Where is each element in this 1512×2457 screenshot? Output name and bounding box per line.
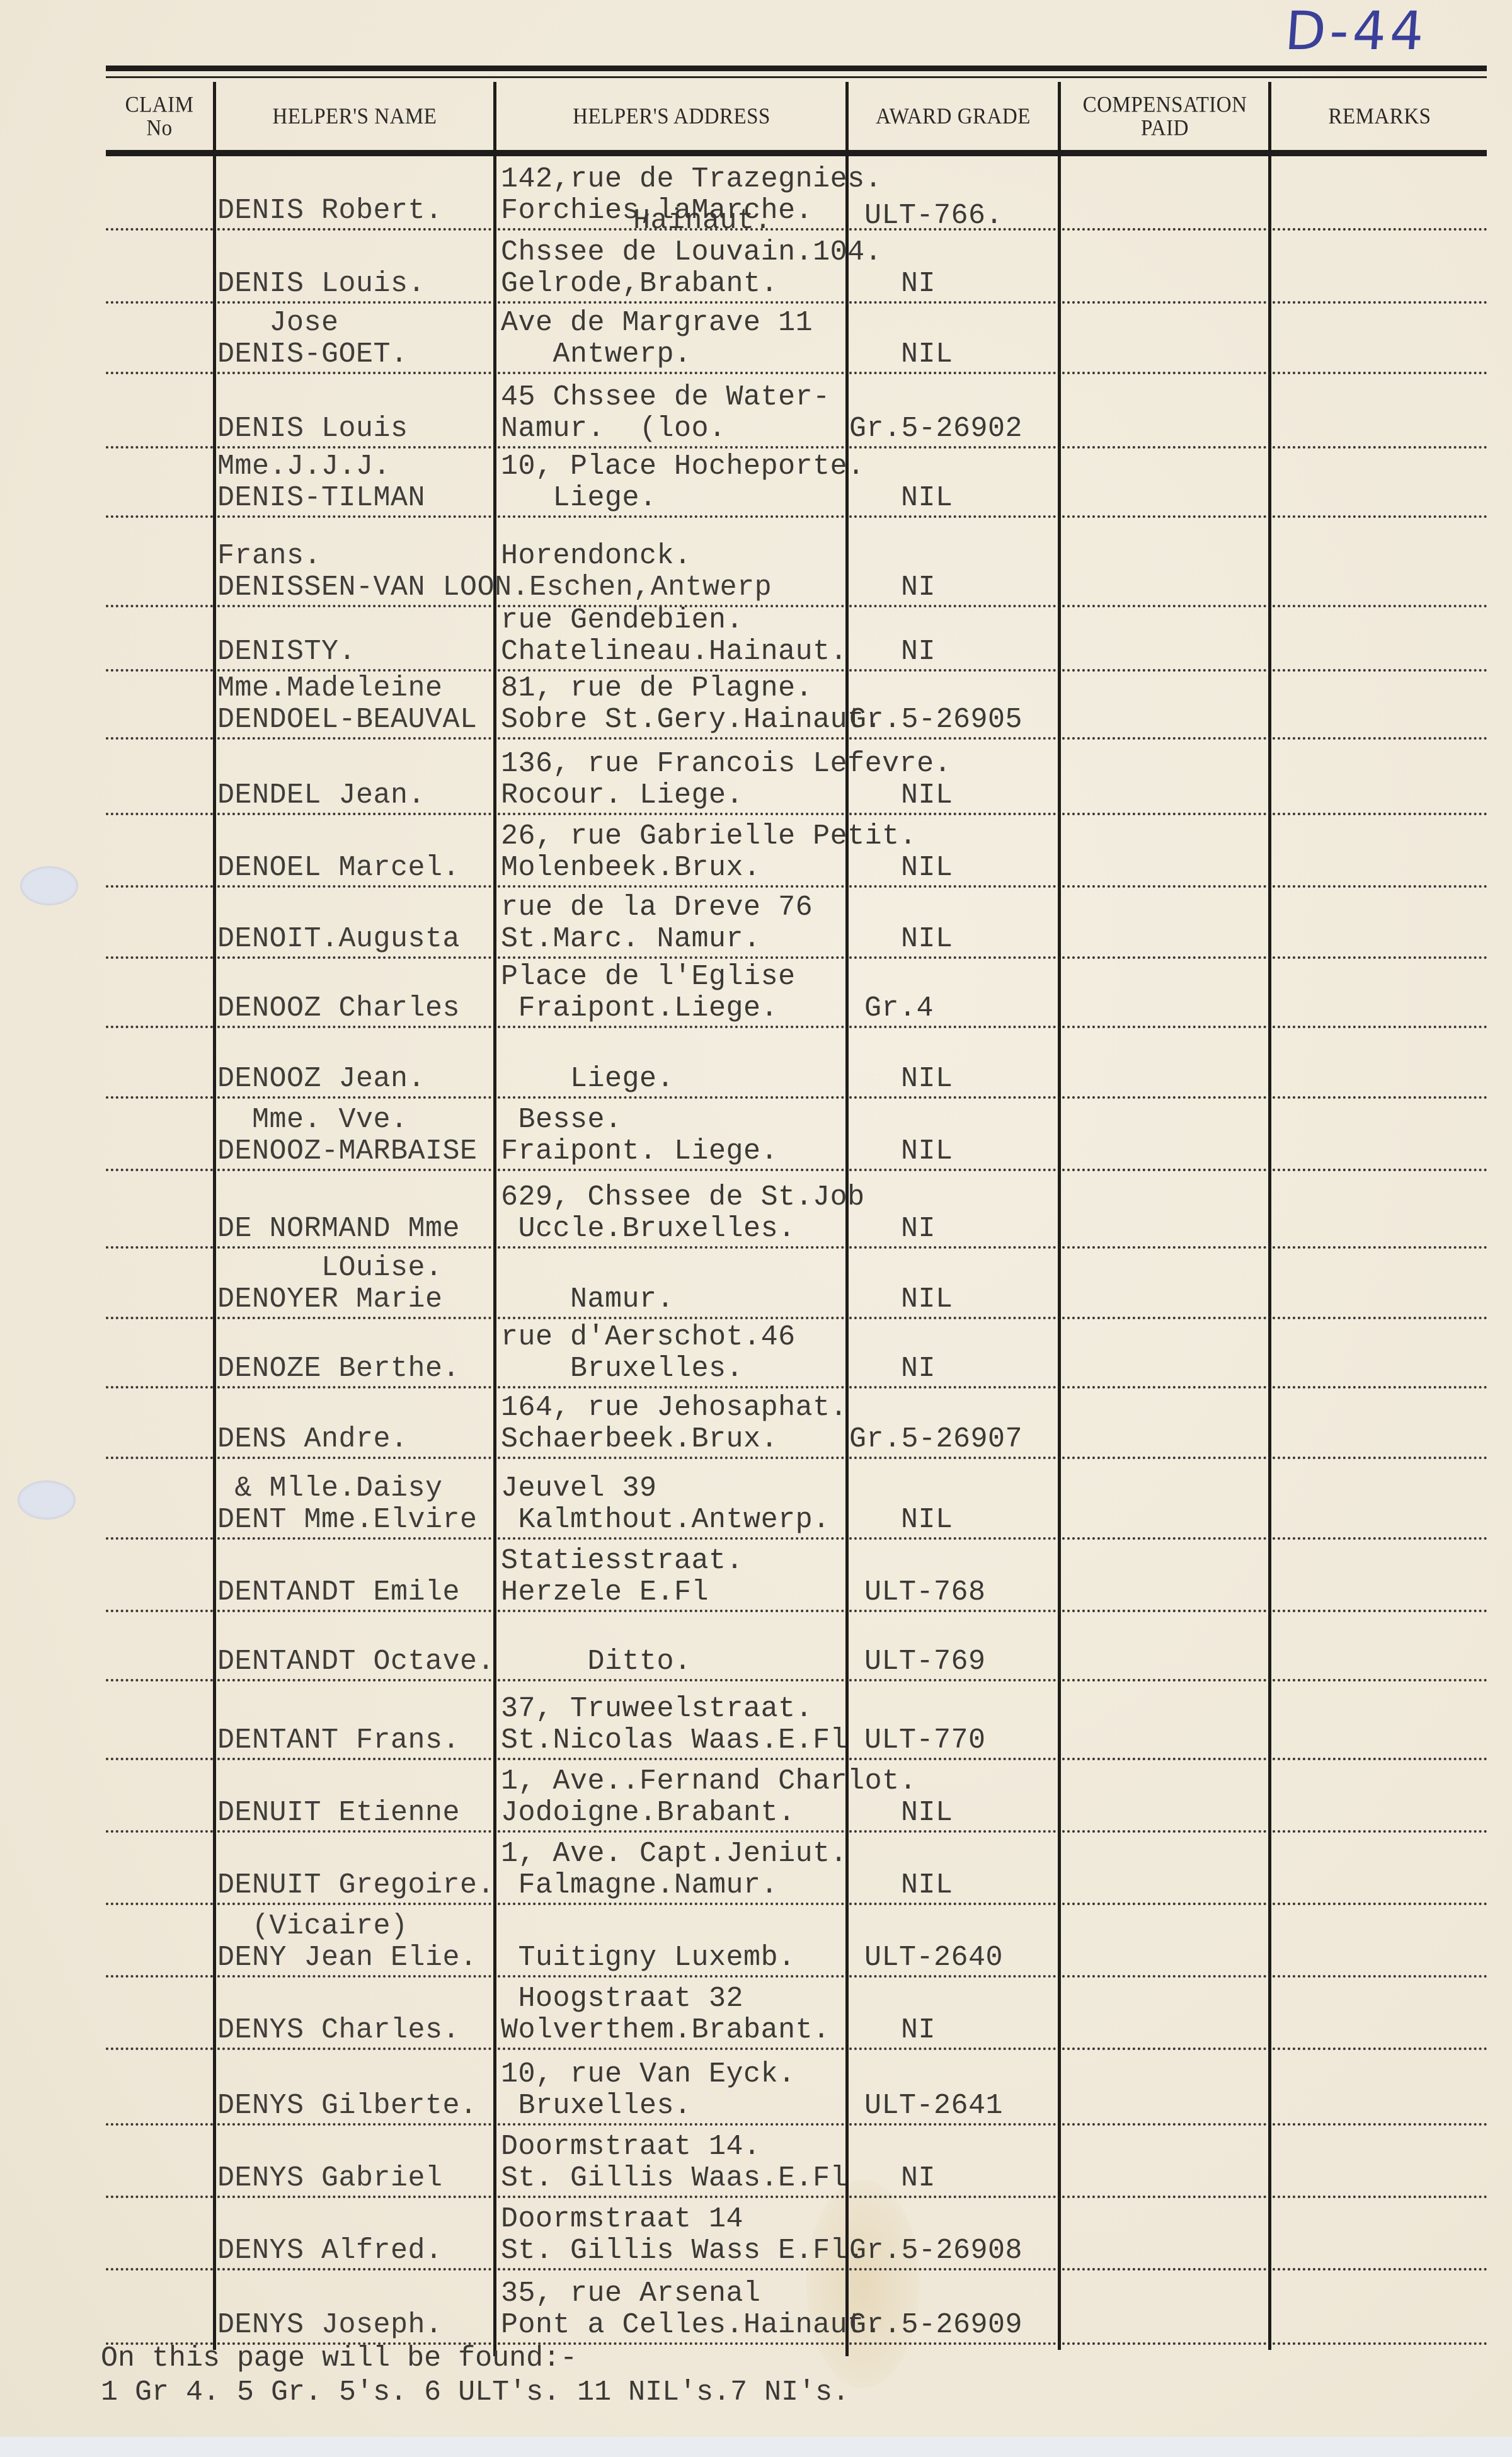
row-separator bbox=[217, 1610, 491, 1612]
award-grade: NIL bbox=[901, 339, 953, 370]
row-separator bbox=[849, 956, 1056, 959]
row-separator bbox=[498, 1903, 844, 1905]
row-separator bbox=[498, 1537, 844, 1540]
row-separator bbox=[849, 372, 1056, 374]
row-separator bbox=[1273, 1246, 1487, 1249]
row-separator bbox=[106, 372, 213, 374]
row-separator bbox=[498, 1096, 844, 1099]
helper-address-line1: 629, Chssee de St.Job bbox=[501, 1182, 865, 1213]
footer-summary-counts: 1 Gr 4. 5 Gr. 5's. 6 ULT's. 11 NIL's.7 N… bbox=[101, 2376, 849, 2409]
helper-name: DENIS-GOET. bbox=[217, 339, 408, 370]
helper-address-line1: 10, Place Hocheporte. bbox=[501, 451, 865, 483]
scan-background bbox=[0, 2437, 1512, 2457]
column-header-award-grade: AWARD GRADE bbox=[849, 79, 1057, 155]
row-separator bbox=[1062, 885, 1266, 888]
helper-address-line2: Kalmthout.Antwerp. bbox=[501, 1504, 830, 1536]
row-separator bbox=[498, 301, 844, 304]
row-separator bbox=[217, 2123, 491, 2126]
row-separator bbox=[1273, 1975, 1487, 1978]
helper-address-line2: St. Gillis Waas.E.Fl bbox=[501, 2163, 847, 2194]
helper-address-line1: Hoogstraat 32 bbox=[501, 1983, 743, 2015]
row-separator bbox=[498, 669, 844, 672]
row-separator bbox=[1273, 885, 1487, 888]
helper-address-line1: Jeuvel 39 bbox=[501, 1473, 657, 1504]
row-separator bbox=[498, 2196, 844, 2198]
row-separator bbox=[1273, 446, 1487, 449]
award-grade: NIL bbox=[901, 1797, 953, 1829]
row-separator bbox=[1062, 1169, 1266, 1171]
helper-name: DENT Mme.Elvire bbox=[217, 1504, 478, 1536]
row-separator bbox=[498, 1169, 844, 1171]
row-separator bbox=[217, 372, 491, 374]
row-separator bbox=[849, 1830, 1056, 1833]
award-grade: NIL bbox=[901, 1063, 953, 1095]
helper-address-line1: rue Gendebien. bbox=[501, 605, 743, 636]
row-separator bbox=[217, 1246, 491, 1249]
row-separator bbox=[217, 1679, 491, 1681]
award-grade: Gr.5-26909 bbox=[849, 2310, 1022, 2341]
row-separator bbox=[1273, 737, 1487, 740]
helper-address-line1: Statiesstraat. bbox=[501, 1545, 743, 1577]
helper-address-line1: 1, Ave. Capt.Jeniut. bbox=[501, 1838, 847, 1870]
row-separator bbox=[849, 885, 1056, 888]
row-separator bbox=[498, 1317, 844, 1319]
row-separator bbox=[498, 885, 844, 888]
award-grade: Gr.4 bbox=[864, 993, 934, 1024]
column-divider bbox=[845, 82, 849, 2356]
row-separator bbox=[1273, 1386, 1487, 1389]
row-separator bbox=[1273, 2123, 1487, 2126]
row-separator bbox=[1273, 2047, 1487, 2050]
row-separator bbox=[217, 1975, 491, 1978]
row-separator bbox=[849, 813, 1056, 815]
helper-name: DENOYER Marie bbox=[217, 1284, 443, 1315]
row-separator bbox=[849, 301, 1056, 304]
award-grade: ULT-769 bbox=[864, 1646, 986, 1678]
column-header-claim-no: CLAIM No bbox=[106, 79, 213, 155]
helper-address-line1: 142,rue de Trazegnies. bbox=[501, 164, 882, 195]
row-separator bbox=[1062, 1537, 1266, 1540]
award-grade: ULT-2640 bbox=[864, 1942, 1003, 1974]
row-separator bbox=[217, 2268, 491, 2271]
helper-address-line1: 10, rue Van Eyck. bbox=[501, 2059, 796, 2090]
row-separator bbox=[849, 2196, 1056, 2198]
row-separator bbox=[1062, 1610, 1266, 1612]
helper-address-line2: Schaerbeek.Brux. bbox=[501, 1424, 778, 1455]
award-grade: NI bbox=[901, 1213, 936, 1245]
helper-name: DENYS Gilberte. bbox=[217, 2090, 478, 2122]
helper-name: DENOIT.Augusta bbox=[217, 924, 460, 955]
row-separator bbox=[849, 737, 1056, 740]
footer-summary-intro: On this page will be found:- bbox=[101, 2342, 577, 2375]
handwritten-page-number: D-44 bbox=[1283, 0, 1430, 62]
row-separator bbox=[1062, 1975, 1266, 1978]
row-separator bbox=[1062, 2123, 1266, 2126]
helper-name-line1: Mme.J.J.J. bbox=[217, 451, 391, 483]
helper-address-line1: Doormstraat 14 bbox=[501, 2204, 743, 2235]
row-separator bbox=[1062, 605, 1266, 607]
row-separator bbox=[217, 1096, 491, 1099]
row-separator bbox=[1062, 1679, 1266, 1681]
helper-name: DENY Jean Elie. bbox=[217, 1942, 478, 1974]
row-separator bbox=[849, 1169, 1056, 1171]
row-separator bbox=[498, 737, 844, 740]
row-separator bbox=[1062, 1758, 1266, 1760]
column-header-helpers-address: HELPER'S ADDRESS bbox=[498, 79, 845, 155]
row-separator bbox=[1273, 228, 1487, 231]
row-separator bbox=[106, 1457, 213, 1459]
row-separator bbox=[849, 669, 1056, 672]
row-separator bbox=[106, 1758, 213, 1760]
helper-name-line1: Jose bbox=[217, 307, 339, 339]
helper-address-line2: Wolverthem.Brabant. bbox=[501, 2015, 830, 2046]
row-separator bbox=[106, 1169, 213, 1171]
helper-name: DENYS Alfred. bbox=[217, 2235, 443, 2267]
award-grade: NIL bbox=[901, 1870, 953, 1901]
row-separator bbox=[498, 1830, 844, 1833]
row-separator bbox=[498, 1457, 844, 1459]
row-separator bbox=[1273, 1758, 1487, 1760]
row-separator bbox=[1273, 605, 1487, 607]
row-separator bbox=[106, 1386, 213, 1389]
row-separator bbox=[849, 515, 1056, 518]
helper-address-line1: 136, rue Francois Lefevre. bbox=[501, 748, 951, 780]
row-separator bbox=[217, 1169, 491, 1171]
award-grade: NI bbox=[901, 572, 936, 604]
award-grade: NI bbox=[901, 1353, 936, 1385]
row-separator bbox=[106, 956, 213, 959]
row-separator bbox=[1273, 1169, 1487, 1171]
row-separator bbox=[498, 2047, 844, 2050]
award-grade: Gr.5-26907 bbox=[849, 1424, 1022, 1455]
row-separator bbox=[106, 1246, 213, 1249]
column-divider bbox=[1058, 82, 1061, 2350]
award-grade: NI bbox=[901, 2015, 936, 2046]
row-separator bbox=[217, 515, 491, 518]
row-separator bbox=[217, 885, 491, 888]
row-separator bbox=[1062, 2047, 1266, 2050]
row-separator bbox=[849, 1537, 1056, 1540]
helper-address-line1: 164, rue Jehosaphat. bbox=[501, 1392, 847, 1424]
award-grade: NI bbox=[901, 2163, 936, 2194]
row-separator bbox=[1273, 2342, 1487, 2345]
row-separator bbox=[1273, 2196, 1487, 2198]
helper-address-line1: 45 Chssee de Water- bbox=[501, 382, 830, 413]
row-separator bbox=[1062, 446, 1266, 449]
helper-address-line2: Fraipont.Liege. bbox=[501, 993, 778, 1024]
helper-name-line1: Mme.Madeleine bbox=[217, 673, 443, 704]
row-separator bbox=[498, 1026, 844, 1028]
row-separator bbox=[217, 2047, 491, 2050]
row-separator bbox=[849, 1975, 1056, 1978]
row-separator bbox=[106, 1026, 213, 1028]
row-separator bbox=[1062, 2196, 1266, 2198]
row-separator bbox=[498, 1758, 844, 1760]
award-grade: Gr.5-26908 bbox=[849, 2235, 1022, 2267]
row-separator bbox=[849, 1679, 1056, 1681]
helper-address-line1: Besse. bbox=[501, 1104, 622, 1136]
row-separator bbox=[106, 2196, 213, 2198]
row-separator bbox=[849, 1026, 1056, 1028]
award-grade: ULT-2641 bbox=[864, 2090, 1003, 2122]
helper-address-line1: Doormstraat 14. bbox=[501, 2131, 761, 2163]
row-separator bbox=[849, 1457, 1056, 1459]
row-separator bbox=[1273, 669, 1487, 672]
helper-address-line1: Ave de Margrave 11 bbox=[501, 307, 813, 339]
row-separator bbox=[1062, 515, 1266, 518]
helper-address-line2: Antwerp. bbox=[501, 339, 692, 370]
helper-name: DENS Andre. bbox=[217, 1424, 408, 1455]
row-separator bbox=[849, 2342, 1056, 2345]
row-separator bbox=[849, 605, 1056, 607]
helper-address-line1: rue de la Dreve 76 bbox=[501, 892, 813, 924]
row-separator bbox=[498, 2123, 844, 2126]
row-separator bbox=[217, 2196, 491, 2198]
row-separator bbox=[1062, 301, 1266, 304]
helper-name: DENOZE Berthe. bbox=[217, 1353, 460, 1385]
row-separator bbox=[217, 1457, 491, 1459]
helper-name: DENOEL Marcel. bbox=[217, 852, 460, 884]
award-grade: ULT-768 bbox=[864, 1577, 986, 1608]
row-separator bbox=[106, 1610, 213, 1612]
row-separator bbox=[1273, 1679, 1487, 1681]
helper-address-line1: rue d'Aerschot.46 bbox=[501, 1322, 796, 1353]
row-separator bbox=[1273, 1610, 1487, 1612]
row-separator bbox=[106, 515, 213, 518]
row-separator bbox=[498, 1679, 844, 1681]
helper-address-line1: 37, Truweelstraat. bbox=[501, 1693, 813, 1725]
row-separator bbox=[498, 2268, 844, 2271]
row-separator bbox=[1062, 228, 1266, 231]
row-separator bbox=[217, 669, 491, 672]
helper-address-line2: Namur. (loo. bbox=[501, 413, 726, 445]
row-separator bbox=[1273, 1026, 1487, 1028]
helper-address-line2: Rocour. Liege. bbox=[501, 780, 743, 811]
row-separator bbox=[217, 813, 491, 815]
row-separator bbox=[217, 301, 491, 304]
row-separator bbox=[1062, 1386, 1266, 1389]
award-grade: NIL bbox=[901, 1504, 953, 1536]
row-separator bbox=[849, 1096, 1056, 1099]
row-separator bbox=[1273, 515, 1487, 518]
row-separator bbox=[849, 1758, 1056, 1760]
helper-address-line2: Herzele E.Fl bbox=[501, 1577, 709, 1608]
helper-address-line2: Sobre St.Gery.Hainaut. bbox=[501, 704, 882, 736]
helper-name: DENOOZ Jean. bbox=[217, 1063, 425, 1095]
helper-name-line1: Mme. Vve. bbox=[217, 1104, 408, 1136]
row-separator bbox=[106, 1975, 213, 1978]
row-separator bbox=[106, 885, 213, 888]
helper-name: DENYS Joseph. bbox=[217, 2310, 443, 2341]
helper-address-line2: Falmagne.Namur. bbox=[501, 1870, 778, 1901]
row-separator bbox=[498, 1610, 844, 1612]
helper-name-line1: LOuise. bbox=[217, 1252, 443, 1284]
row-separator bbox=[1062, 669, 1266, 672]
helper-name: DENOOZ Charles bbox=[217, 993, 460, 1024]
helper-address-line2: St. Gillis Wass E.Fl. bbox=[501, 2235, 865, 2267]
row-separator bbox=[1062, 1246, 1266, 1249]
row-separator bbox=[106, 2268, 213, 2271]
column-divider bbox=[213, 82, 216, 2350]
row-separator bbox=[1273, 2268, 1487, 2271]
award-grade: ULT-770 bbox=[864, 1725, 986, 1756]
helper-address-line1: 1, Ave..Fernand Charlot. bbox=[501, 1766, 917, 1797]
helper-name: DENIS Robert. bbox=[217, 195, 443, 227]
row-separator bbox=[849, 1246, 1056, 1249]
row-separator bbox=[1062, 2268, 1266, 2271]
row-separator bbox=[1062, 1457, 1266, 1459]
helper-address-line1: 81, rue de Plagne. bbox=[501, 673, 813, 704]
helper-name: DENDEL Jean. bbox=[217, 780, 425, 811]
row-separator bbox=[1062, 1096, 1266, 1099]
row-separator bbox=[1273, 301, 1487, 304]
row-separator bbox=[849, 228, 1056, 231]
helper-address-line2: Pont a Celles.Hainaut. bbox=[501, 2310, 882, 2341]
row-separator bbox=[106, 1679, 213, 1681]
row-separator bbox=[106, 228, 213, 231]
row-separator bbox=[849, 2123, 1056, 2126]
helper-name: DENUIT Etienne bbox=[217, 1797, 460, 1829]
row-separator bbox=[106, 446, 213, 449]
award-grade: NIL bbox=[901, 780, 953, 811]
row-separator bbox=[1273, 1903, 1487, 1905]
row-separator bbox=[498, 446, 844, 449]
helper-name: DE NORMAND Mme bbox=[217, 1213, 460, 1245]
row-separator bbox=[1273, 956, 1487, 959]
helper-name: DENDOEL-BEAUVAL bbox=[217, 704, 478, 736]
helper-address-line2: Uccle.Bruxelles. bbox=[501, 1213, 796, 1245]
row-separator bbox=[1273, 1457, 1487, 1459]
helper-address-line2: Molenbeek.Brux. bbox=[501, 852, 761, 884]
award-grade: Gr.5-26905 bbox=[849, 704, 1022, 736]
helper-address-line2: Ditto. bbox=[501, 1646, 692, 1678]
row-separator bbox=[849, 1610, 1056, 1612]
row-separator bbox=[106, 669, 213, 672]
helper-name: DENIS-TILMAN bbox=[217, 483, 425, 514]
award-grade: NIL bbox=[901, 852, 953, 884]
helper-address-line1: Chssee de Louvain.104. bbox=[501, 237, 882, 268]
helper-name: DENTANT Frans. bbox=[217, 1725, 460, 1756]
row-separator bbox=[217, 956, 491, 959]
helper-name: DENIS Louis bbox=[217, 413, 408, 445]
helper-address-line2: Namur. bbox=[501, 1284, 674, 1315]
row-separator bbox=[498, 956, 844, 959]
row-separator bbox=[498, 515, 844, 518]
row-separator bbox=[849, 1317, 1056, 1319]
row-separator bbox=[498, 228, 844, 231]
column-header-helpers-name: HELPER'S NAME bbox=[216, 79, 493, 155]
column-divider bbox=[493, 82, 496, 2356]
row-separator bbox=[1273, 1830, 1487, 1833]
header-top-rule bbox=[106, 66, 1487, 71]
helper-name-line1: (Vicaire) bbox=[217, 1911, 408, 1942]
helper-address-line2: St.Nicolas Waas.E.Fl bbox=[501, 1725, 847, 1756]
row-separator bbox=[217, 737, 491, 740]
row-separator bbox=[106, 813, 213, 815]
row-separator bbox=[1062, 1026, 1266, 1028]
row-separator bbox=[217, 1903, 491, 1905]
helper-address-line2: Bruxelles. bbox=[501, 1353, 743, 1385]
row-separator bbox=[849, 2047, 1056, 2050]
award-grade: NI bbox=[901, 636, 936, 668]
row-separator bbox=[106, 1096, 213, 1099]
row-separator bbox=[1273, 1317, 1487, 1319]
row-separator bbox=[217, 1317, 491, 1319]
row-separator bbox=[1062, 1317, 1266, 1319]
row-separator bbox=[1273, 1096, 1487, 1099]
helper-address-line2: Chatelineau.Hainaut. bbox=[501, 636, 847, 668]
helper-address-line2: Fraipont. Liege. bbox=[501, 1136, 778, 1167]
helper-name: DENUIT Gregoire. bbox=[217, 1870, 495, 1901]
row-separator bbox=[849, 446, 1056, 449]
row-separator bbox=[106, 1537, 213, 1540]
row-separator bbox=[1062, 372, 1266, 374]
row-separator bbox=[1273, 1537, 1487, 1540]
row-separator bbox=[498, 813, 844, 815]
row-separator bbox=[217, 446, 491, 449]
helper-name: DENTANDT Emile bbox=[217, 1577, 460, 1608]
award-grade: NIL bbox=[901, 924, 953, 955]
award-grade: NIL bbox=[901, 1136, 953, 1167]
row-separator bbox=[498, 1246, 844, 1249]
award-grade: NIL bbox=[901, 1284, 953, 1315]
column-header-compensation-paid: COMPENSATION PAID bbox=[1061, 79, 1269, 155]
helper-address-line2: Liege. bbox=[501, 1063, 674, 1095]
award-grade: NIL bbox=[901, 483, 953, 514]
row-separator bbox=[217, 228, 491, 231]
helper-name-line1: Frans. bbox=[217, 541, 321, 572]
row-separator bbox=[1062, 1830, 1266, 1833]
helper-name-line1: & Mlle.Daisy bbox=[217, 1473, 443, 1504]
row-separator bbox=[217, 1830, 491, 1833]
helper-name: DENYS Gabriel bbox=[217, 2163, 443, 2194]
punch-hole-icon bbox=[20, 866, 78, 905]
row-separator bbox=[217, 605, 491, 607]
row-separator bbox=[217, 1758, 491, 1760]
row-separator bbox=[106, 301, 213, 304]
row-separator bbox=[1273, 813, 1487, 815]
row-separator bbox=[106, 737, 213, 740]
helper-address-line2: Gelrode,Brabant. bbox=[501, 268, 778, 300]
row-separator bbox=[1062, 2342, 1266, 2345]
row-separator bbox=[1062, 1903, 1266, 1905]
helper-name: DENIS Louis. bbox=[217, 268, 425, 300]
row-separator bbox=[106, 1903, 213, 1905]
row-separator bbox=[849, 2268, 1056, 2271]
row-separator bbox=[106, 2047, 213, 2050]
helper-address-line2: St.Marc. Namur. bbox=[501, 924, 761, 955]
row-separator bbox=[849, 1903, 1056, 1905]
helper-address-line1: 35, rue Arsenal bbox=[501, 2278, 761, 2310]
award-grade: Gr.5-26902 bbox=[849, 413, 1022, 445]
row-separator bbox=[106, 605, 213, 607]
helper-name: DENYS Charles. bbox=[217, 2015, 460, 2046]
row-separator bbox=[1062, 956, 1266, 959]
water-stain bbox=[806, 2180, 920, 2388]
column-header-remarks: REMARKS bbox=[1273, 79, 1487, 155]
row-separator bbox=[849, 1386, 1056, 1389]
helper-name: DENISTY. bbox=[217, 636, 356, 668]
helper-address-line2: Tuitigny Luxemb. bbox=[501, 1942, 796, 1974]
helper-address-line3: Hainaut. bbox=[633, 205, 772, 237]
row-separator bbox=[106, 2123, 213, 2126]
helper-address-line1: Place de l'Eglise bbox=[501, 961, 796, 993]
helper-address-line2: Jodoigne.Brabant. bbox=[501, 1797, 796, 1829]
row-separator bbox=[498, 1975, 844, 1978]
row-separator bbox=[1273, 372, 1487, 374]
row-separator bbox=[106, 1317, 213, 1319]
helper-address-line1: 26, rue Gabrielle Petit. bbox=[501, 821, 917, 852]
